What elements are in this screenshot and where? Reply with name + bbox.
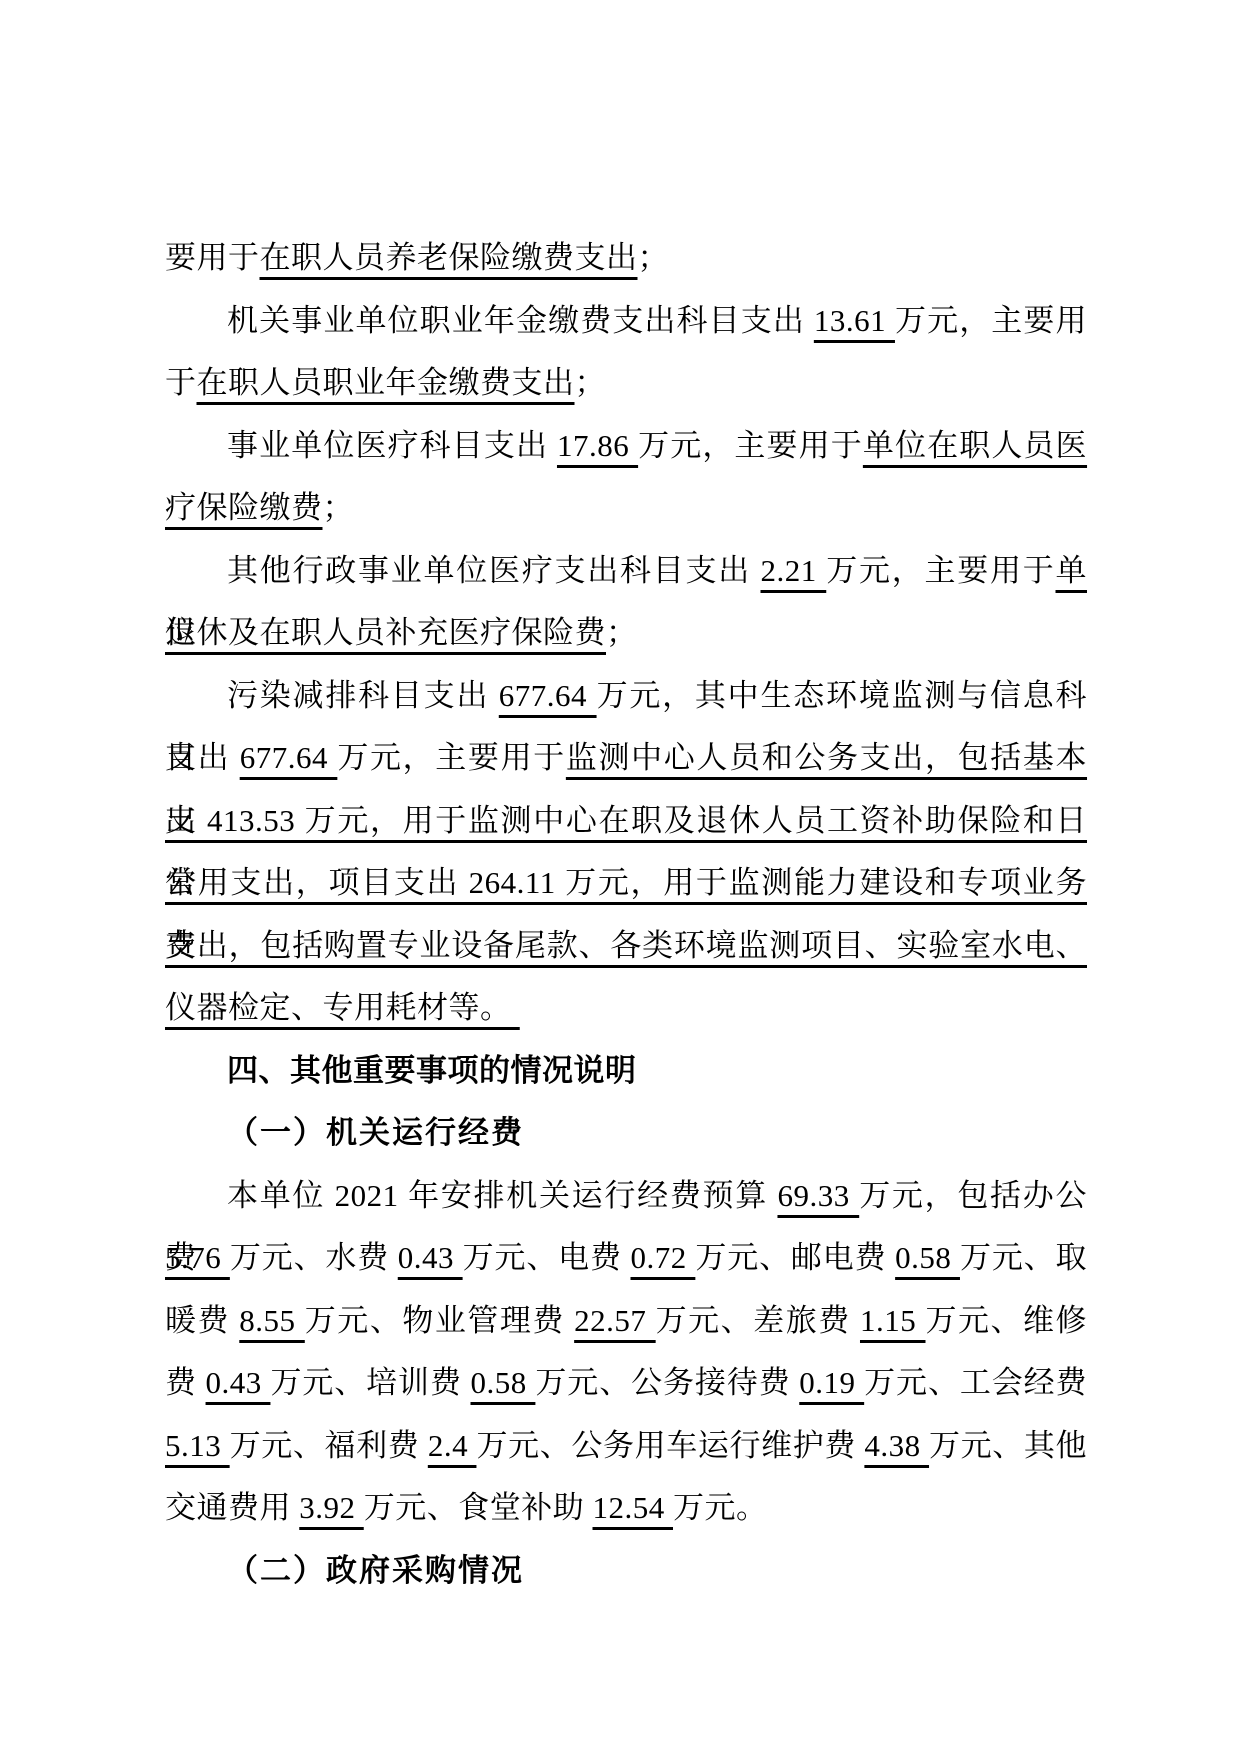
underlined-text-segment: 0.43 bbox=[398, 1240, 463, 1275]
text-segment: 万元。 bbox=[673, 1490, 768, 1525]
underlined-text-segment: 0.19 bbox=[799, 1365, 864, 1400]
text-segment: 污染减排科目支出 bbox=[227, 678, 499, 713]
text-segment: 万元、福利费 bbox=[230, 1428, 428, 1463]
section-4-heading: 四、其他重要事项的情况说明 bbox=[165, 1040, 1087, 1103]
underlined-text-segment: 0.72 bbox=[631, 1240, 696, 1275]
underlined-text-segment: 0.58 bbox=[895, 1240, 960, 1275]
underlined-text-segment: 5.13 bbox=[165, 1428, 230, 1463]
underlined-text-segment: 5.76 bbox=[165, 1240, 230, 1275]
operating-budget-line-2: 5.76 万元、水费 0.43 万元、电费 0.72 万元、邮电费 0.58 万… bbox=[165, 1227, 1087, 1290]
underlined-text-segment: 退休及在职人员补充医疗保险费 bbox=[165, 615, 606, 650]
pollution-reduction-line-3: 出 413.53 万元，用于监测中心在职及退休人员工资补助保险和日常 bbox=[165, 790, 1087, 853]
underlined-text-segment: 677.64 bbox=[240, 740, 338, 775]
medical-expense-line: 事业单位医疗科目支出 17.86 万元，主要用于单位在职人员医 bbox=[165, 415, 1087, 478]
other-medical-expense-line-2: 退休及在职人员补充医疗保险费； bbox=[165, 602, 1087, 665]
text-segment: 机关事业单位职业年金缴费支出科目支出 bbox=[227, 303, 814, 338]
text-segment: 费 bbox=[165, 1365, 206, 1400]
text-segment: 其他行政事业单位医疗支出科目支出 bbox=[227, 553, 761, 588]
document-text-content: 要用于在职人员养老保险缴费支出；机关事业单位职业年金缴费支出科目支出 13.61… bbox=[165, 227, 1087, 1602]
underlined-text-segment: 仪器检定、专用耗材等。 bbox=[165, 990, 520, 1025]
document-page: 要用于在职人员养老保险缴费支出；机关事业单位职业年金缴费支出科目支出 13.61… bbox=[0, 0, 1241, 1755]
text-segment: 本单位 2021 年安排机关运行经费预算 bbox=[227, 1178, 777, 1213]
text-segment: 万元、取 bbox=[960, 1240, 1087, 1275]
underlined-text-segment: 支出，包括购置专业设备尾款、各类环境监测项目、实验室水电、 bbox=[165, 928, 1087, 963]
text-segment: 四、其他重要事项的情况说明 bbox=[227, 1053, 637, 1088]
pollution-reduction-line-5: 支出，包括购置专业设备尾款、各类环境监测项目、实验室水电、 bbox=[165, 915, 1087, 978]
text-segment: （一）机关运行经费 bbox=[227, 1115, 524, 1150]
occupational-annuity-line-2: 于在职人员职业年金缴费支出； bbox=[165, 352, 1087, 415]
text-segment: 要用于 bbox=[165, 240, 260, 275]
underlined-text-segment: 677.64 bbox=[499, 678, 597, 713]
pension-paragraph-ending-line: 要用于在职人员养老保险缴费支出； bbox=[165, 227, 1087, 290]
underlined-text-segment: 3.92 bbox=[299, 1490, 364, 1525]
underlined-text-segment: 12.54 bbox=[593, 1490, 674, 1525]
underlined-text-segment: 1.15 bbox=[860, 1303, 926, 1338]
underlined-text-segment: 13.61 bbox=[814, 303, 895, 338]
operating-budget-line-3: 暖费 8.55 万元、物业管理费 22.57 万元、差旅费 1.15 万元、维修 bbox=[165, 1290, 1087, 1353]
underlined-text-segment: 4.38 bbox=[864, 1428, 929, 1463]
text-segment: 万元、水费 bbox=[230, 1240, 398, 1275]
text-segment: 万元，主要用于 bbox=[337, 740, 566, 775]
text-segment: 于 bbox=[165, 365, 197, 400]
text-segment: 万元、公务接待费 bbox=[535, 1365, 799, 1400]
text-segment: 万元、培训费 bbox=[270, 1365, 470, 1400]
text-segment: 万元、工会经费 bbox=[864, 1365, 1087, 1400]
text-segment: 万元、公务用车运行维护费 bbox=[476, 1428, 864, 1463]
pollution-reduction-line-4: 公用支出，项目支出 264.11 万元，用于监测能力建设和专项业务费 bbox=[165, 852, 1087, 915]
text-segment: 事业单位医疗科目支出 bbox=[227, 428, 557, 463]
text-segment: 万元、物业管理费 bbox=[305, 1303, 574, 1338]
occupational-annuity-line: 机关事业单位职业年金缴费支出科目支出 13.61 万元，主要用 bbox=[165, 290, 1087, 353]
text-segment: ； bbox=[575, 365, 607, 400]
underlined-text-segment: 在职人员职业年金缴费支出 bbox=[197, 365, 575, 400]
text-segment: 万元、电费 bbox=[463, 1240, 631, 1275]
underlined-text-segment: 单位在职人员医 bbox=[863, 428, 1087, 463]
other-medical-expense-line: 其他行政事业单位医疗支出科目支出 2.21 万元，主要用于单位 bbox=[165, 540, 1087, 603]
underlined-text-segment: 2.4 bbox=[428, 1428, 477, 1463]
underlined-text-segment: 22.57 bbox=[574, 1303, 656, 1338]
underlined-text-segment: 2.21 bbox=[761, 553, 827, 588]
text-segment: 万元，主要用 bbox=[895, 303, 1087, 338]
text-segment: 万元、维修 bbox=[926, 1303, 1088, 1338]
text-segment: ； bbox=[323, 490, 355, 525]
medical-expense-line-2: 疗保险缴费； bbox=[165, 477, 1087, 540]
text-segment: ； bbox=[638, 240, 670, 275]
operating-budget-line-1: 本单位 2021 年安排机关运行经费预算 69.33 万元，包括办公费 bbox=[165, 1165, 1087, 1228]
text-segment: ； bbox=[606, 615, 638, 650]
underlined-text-segment: 69.33 bbox=[777, 1178, 859, 1213]
pollution-reduction-line-2: 支出 677.64 万元，主要用于监测中心人员和公务支出，包括基本支 bbox=[165, 727, 1087, 790]
text-segment: 交通费用 bbox=[165, 1490, 299, 1525]
underlined-text-segment: 在职人员养老保险缴费支出 bbox=[260, 240, 638, 275]
text-segment: 支出 bbox=[165, 740, 240, 775]
text-segment: 万元、其他 bbox=[929, 1428, 1087, 1463]
operating-budget-line-6: 交通费用 3.92 万元、食堂补助 12.54 万元。 bbox=[165, 1477, 1087, 1540]
text-segment: 万元、食堂补助 bbox=[364, 1490, 593, 1525]
text-segment: 暖费 bbox=[165, 1303, 239, 1338]
operating-budget-line-4: 费 0.43 万元、培训费 0.58 万元、公务接待费 0.19 万元、工会经费 bbox=[165, 1352, 1087, 1415]
text-segment: 万元，主要用于 bbox=[826, 553, 1055, 588]
underlined-text-segment: 17.86 bbox=[557, 428, 638, 463]
underlined-text-segment: 0.58 bbox=[471, 1365, 536, 1400]
text-segment: 万元、差旅费 bbox=[656, 1303, 860, 1338]
subsection-1-heading: （一）机关运行经费 bbox=[165, 1102, 1087, 1165]
underlined-text-segment: 0.43 bbox=[206, 1365, 271, 1400]
subsection-2-heading: （二）政府采购情况 bbox=[165, 1540, 1087, 1603]
text-segment: （二）政府采购情况 bbox=[227, 1553, 524, 1588]
pollution-reduction-line-6: 仪器检定、专用耗材等。 bbox=[165, 977, 1087, 1040]
underlined-text-segment: 疗保险缴费 bbox=[165, 490, 323, 525]
operating-budget-line-5: 5.13 万元、福利费 2.4 万元、公务用车运行维护费 4.38 万元、其他 bbox=[165, 1415, 1087, 1478]
pollution-reduction-line-1: 污染减排科目支出 677.64 万元，其中生态环境监测与信息科目 bbox=[165, 665, 1087, 728]
text-segment: 万元、邮电费 bbox=[695, 1240, 895, 1275]
underlined-text-segment: 8.55 bbox=[239, 1303, 305, 1338]
text-segment: 万元，主要用于 bbox=[638, 428, 863, 463]
